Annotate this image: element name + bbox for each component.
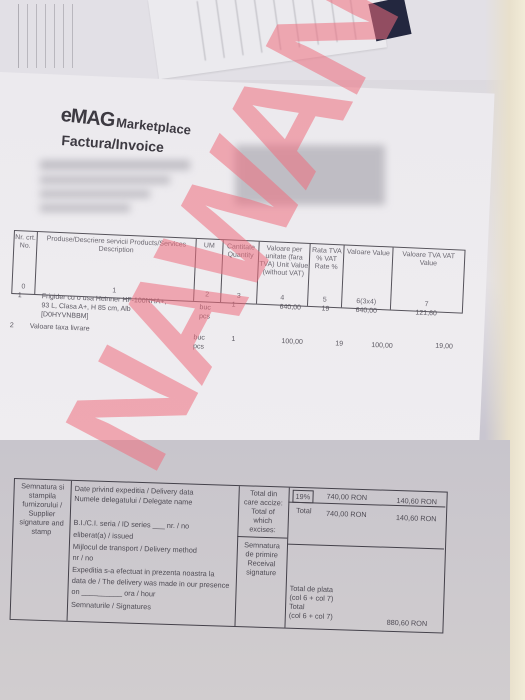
invoice-footer-table: Semnatura sistampilafurnizorului /Suppli… [10, 478, 448, 634]
col-unit-value: Valoare per unitate (fara TVA) Unit Valu… [257, 242, 310, 306]
total-to-pay: 880,60 RON [386, 617, 427, 629]
vat-summary-value: 740,00 RON [326, 491, 367, 503]
col-value: Valoare Value6(3x4) [342, 245, 393, 309]
col-quantity: Cantitate Quantity3 [221, 240, 260, 304]
background-dark-tag [368, 0, 411, 41]
totals-label-cell: Total dincare accize:Total ofwhichexcise… [234, 486, 289, 628]
redacted-block [235, 145, 385, 205]
total-label: Total [296, 505, 312, 516]
delivery-data-cell: Date privind expeditia / Delivery data N… [67, 481, 240, 626]
redacted-block [40, 190, 150, 198]
supplier-signature-cell: Semnatura sistampilafurnizorului /Suppli… [11, 479, 72, 621]
col-no: Nr. crt. No.0 [12, 231, 37, 294]
total-value: 740,00 RON [326, 508, 367, 520]
redacted-block [40, 204, 130, 212]
total-vat: 140,60 RON [396, 512, 437, 524]
redacted-block [40, 176, 170, 184]
col-vat-rate: Rata TVA % VAT Rate %5 [308, 244, 345, 307]
background-grid [18, 4, 81, 68]
col-vat-value: Valoare TVA VAT Value7 [391, 248, 465, 313]
totals-cell: 19% 740,00 RON 140,60 RON Total 740,00 R… [284, 488, 445, 633]
col-description: Produse/Descriere servicii Products/Serv… [35, 232, 197, 301]
redacted-block [40, 160, 190, 170]
col-um: UM2 [194, 239, 223, 302]
